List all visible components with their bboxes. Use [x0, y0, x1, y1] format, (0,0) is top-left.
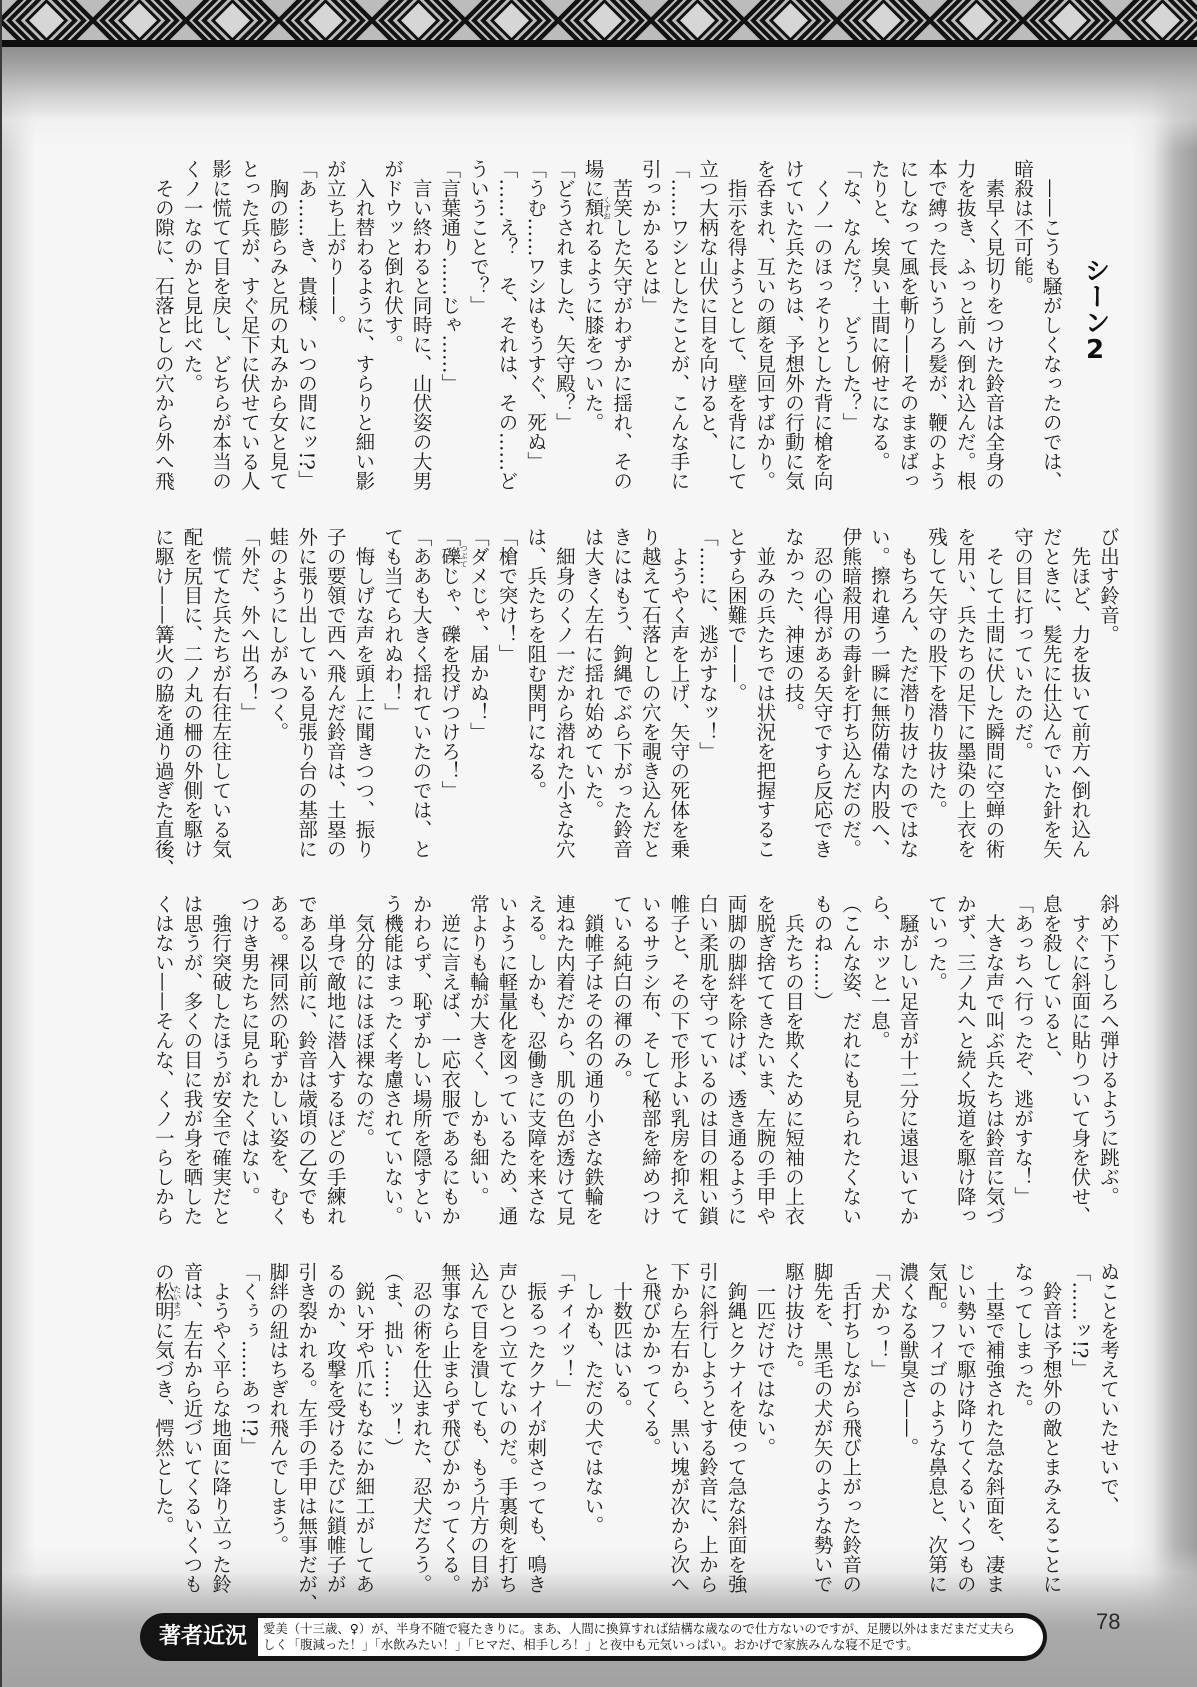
- text-line: 「な、なんだ？ どうした？」: [836, 159, 865, 491]
- text-line: 先ほど、力を抜いて前方へ倒れ込ん: [1065, 527, 1094, 859]
- text-line: かず、三ノ丸へと続く坂道を駆け降っ: [950, 894, 979, 1226]
- text-line: （こんな姿、だれにも見られたくない: [836, 894, 865, 1226]
- text-line: だときに、髪先に仕込んでいた針を矢: [1036, 527, 1065, 859]
- text-line: くノ一のほっそりとした背に槍を向: [807, 159, 836, 491]
- text-line: が立ち上がり——。: [320, 159, 349, 491]
- text-line: 「犬かっ！」: [864, 1262, 893, 1594]
- text-line: 守の目に打っていたのだ。: [1007, 527, 1036, 859]
- text-line: 「くぅぅ……あっ!?」: [234, 1262, 263, 1594]
- text-line: 込んで目を潰しても、もう片方の目が: [463, 1262, 492, 1594]
- text-line: び出す鈴音。: [1093, 527, 1122, 859]
- text-line: なってしまった。: [1007, 1262, 1036, 1594]
- text-line: う機能はまったく考慮されていない。: [377, 894, 406, 1226]
- text-line: える。しかも、忍働きに支障を来さな: [521, 894, 550, 1226]
- text-line: 引き裂かれる。左手の手甲は無事だが、: [291, 1262, 320, 1594]
- text-line: 兵たちの目を欺くために短袖の上衣: [778, 894, 807, 1226]
- text-line: 子の要領で西へ飛んだ鈴音は、土塁の: [320, 527, 349, 859]
- text-line: ——こうも騒がしくなったのでは、: [1036, 159, 1065, 491]
- text-line: 鎖帷子はその名の通り小さな鉄輪を: [578, 894, 607, 1226]
- text-line: 引っかかるとは」: [635, 159, 664, 491]
- text-line: 十数匹はいる。: [606, 1262, 635, 1594]
- text-line: 蛙のようにしがみつく。: [263, 527, 292, 859]
- page-number: 78: [1096, 1609, 1120, 1635]
- text-line: ている純白の褌のみ。: [606, 894, 635, 1226]
- text-line: 慌てた兵たちが右往左往している気: [206, 527, 235, 859]
- text-line: 鈴音は予想外の敵とまみえることに: [1036, 1262, 1065, 1594]
- text-line: 両脚の脚絆を除けば、透き通るように: [721, 894, 750, 1226]
- author-note-line: 愛美（十三歳、♀）が、半身不随で寝たきりに。まあ、人間に換算すれば結構な歳なので…: [263, 1621, 1043, 1637]
- text-line: かわらず、恥ずかしい場所を隠すとい: [406, 894, 435, 1226]
- text-line: がドウッと倒れ伏す。: [377, 159, 406, 491]
- text-line: 「……に、逃がすなッ！」: [692, 527, 721, 859]
- text-line: ようやく声を上げ、矢守の死体を乗: [664, 527, 693, 859]
- text-line: 指示を得ようとして、壁を背にして: [721, 159, 750, 491]
- text-line: 「あ……き、貴様、いつの間にッ!?」: [291, 159, 320, 491]
- text-line: 逆に言えば、一応衣服であるにもか: [435, 894, 464, 1226]
- text-line: 脚絆の紐はちぎれ飛んでしまう。: [263, 1262, 292, 1594]
- text-line: 悔しげな声を頭上に聞きつつ、振り: [349, 527, 378, 859]
- text-line: そして土間に伏した瞬間に空蝉の術: [979, 527, 1008, 859]
- text-line: たりと、埃臭い土間に俯せになる。: [864, 159, 893, 491]
- text-line: 連ねた内着だから、肌の色が透けて見: [549, 894, 578, 1226]
- text-line: 細身のくノ一だから潜れた小さな穴: [549, 527, 578, 859]
- text-line: とった兵が、すぐ足下に伏せている人: [234, 159, 263, 491]
- text-line: じい勢いで駆け降りてくるいくつもの: [950, 1262, 979, 1594]
- text-line: を脱ぎ捨ててきたいま、左腕の手甲や: [750, 894, 779, 1226]
- text-line: ようやく平らな地面に降り立った鈴: [206, 1262, 235, 1594]
- text-line: るのか、攻撃を受けるたびに鎖帷子が: [320, 1262, 349, 1594]
- text-line: 鋭い牙や爪にもなにか細工がしてあ: [349, 1262, 378, 1594]
- text-line: 大きな声で叫ぶ兵たちは鈴音に気づ: [979, 894, 1008, 1226]
- text-line: しかも、ただの犬ではない。: [578, 1262, 607, 1594]
- text-line: 暗殺は不可能。: [1007, 159, 1036, 491]
- text-line: 引に斜行しようとする鈴音に、上から: [692, 1262, 721, 1594]
- text-line: 常よりも輪が大きく、しかも細い。: [463, 894, 492, 1226]
- text-line: ていった。: [922, 894, 951, 1226]
- text-line: 息を殺していると、: [1036, 894, 1065, 1226]
- text-line: （ま、拙い……ッ！）: [377, 1262, 406, 1594]
- text-line: ういうことで？」: [463, 159, 492, 491]
- text-band-3: 斜め下うしろへ弾けるように跳ぶ。 すぐに斜面に貼りついて身を伏せ、 息を殺してい…: [148, 894, 1122, 1226]
- text-line: 「ダメじゃ、届かぬ！」: [463, 527, 492, 859]
- text-line: いるサラシ布、そして秘部を締めつけ: [635, 894, 664, 1226]
- text-line: くはない——そんな、くノ一らしから: [148, 894, 177, 1226]
- ruby-furigana: たいまつ: [173, 1285, 182, 1317]
- text-line: は思うが、多くの目に我が身を晒した: [177, 894, 206, 1226]
- text-line: 脚先を、黒毛の犬が矢のような勢いで: [807, 1262, 836, 1594]
- text-line: 「……え？ そ、それは、その……ど: [492, 159, 521, 491]
- text-line: 騒がしい足音が十二分に遠退いてか: [893, 894, 922, 1226]
- text-line: 外に張り出している見張り台の基部に: [291, 527, 320, 859]
- text-line: 胸の膨らみと尻の丸みから女と見て: [263, 159, 292, 491]
- text-line: にしなって風を斬り——そのままばっ: [893, 159, 922, 491]
- author-note-bar: 著者近況 愛美（十三歳、♀）が、半身不随で寝たきりに。まあ、人間に換算すれば結構…: [140, 1613, 1047, 1661]
- text-line: 並みの兵たちでは状況を把握するこ: [750, 527, 779, 859]
- text-line: 気配。フイゴのような鼻息と、次第に: [922, 1262, 951, 1594]
- text-line: 「うむ……ワシはもうすぐ、死ぬ」: [521, 159, 550, 491]
- text-line: 気分的にはほぼ裸なのだ。: [349, 894, 378, 1226]
- text-line: なかった、神速の技。: [778, 527, 807, 859]
- text-line: り越えて石落としの穴を覗き込んだと: [635, 527, 664, 859]
- ruby-furigana: つぶて: [459, 544, 468, 568]
- text-line: くノ一なのかと見比べた。: [177, 159, 206, 491]
- text-line: い。擦れ違う一瞬に無防備な内股へ、: [864, 527, 893, 859]
- text-line: ても当てられぬわ！」: [377, 527, 406, 859]
- text-line: 素早く見切りをつけた鈴音は全身の: [979, 159, 1008, 491]
- text-line: 「外だ、外へ出ろ！」: [234, 527, 263, 859]
- text-line: と飛びかかってくる。: [635, 1262, 664, 1594]
- text-line: 一匹だけではない。: [750, 1262, 779, 1594]
- text-line: 「……ッ!?」: [1065, 1262, 1094, 1594]
- text-line: 伊熊暗殺用の毒針を打ち込んだのだ。: [836, 527, 865, 859]
- text-line: ものね……）: [807, 894, 836, 1226]
- text-line: 下から左右から、黒い塊が次から次へ: [664, 1262, 693, 1594]
- author-note-line: しく「腹減った！」「水飲みたい！」「ヒマだ、相手しろ！」と夜中も元気いっぱい。お…: [263, 1637, 1043, 1653]
- text-line: 帷子と、その下で形よい乳房を抑えて: [664, 894, 693, 1226]
- text-line: を用い、兵たちの足下に墨染の上衣を: [950, 527, 979, 859]
- text-line: 配を尻目に、二ノ丸の柵の外側を駆け: [177, 527, 206, 859]
- ruby-furigana: くずお: [603, 196, 612, 220]
- text-line: 単身で敵地に潜入するほどの手練れ: [320, 894, 349, 1226]
- text-line: 入れ替わるように、すらりと細い影: [349, 159, 378, 491]
- text-line: に駆け——篝火の脇を通り過ぎた直後、: [148, 527, 177, 859]
- left-edge-rule: [0, 0, 2, 1687]
- text-line: 「ああも大きく揺れていたのでは、と: [406, 527, 435, 859]
- text-line: 「槍で突け！」: [492, 527, 521, 859]
- text-line: 斜め下うしろへ弾けるように跳ぶ。: [1093, 894, 1122, 1226]
- text-line: 「チィイッ！」: [549, 1262, 578, 1594]
- text-line: けていた兵たちは、予想外の行動に気: [778, 159, 807, 491]
- text-line: 影に慌てて目を戻し、どちらが本当の: [205, 159, 234, 491]
- author-note-label: 著者近況: [159, 1613, 247, 1661]
- text-line: 振るったクナイが刺さっても、鳴き: [521, 1262, 550, 1594]
- text-line: 「……ワシとしたことが、こんな手に: [664, 159, 693, 491]
- text-line: である以前に、鈴音は歳頃の乙女でも: [291, 894, 320, 1226]
- text-line: 残して矢守の股下を潜り抜けた。: [922, 527, 951, 859]
- text-line: 立つ大柄な山伏に目を向けると、: [692, 159, 721, 491]
- text-line: 舌打ちしながら飛び上がった鈴音の: [836, 1262, 865, 1594]
- text-line: 力を抜き、ふっと前へ倒れ込んだ。根: [950, 159, 979, 491]
- text-line: その隙に、石落としの穴から外へ飛: [148, 159, 177, 491]
- text-band-1: ——こうも騒がしくなったのでは、 暗殺は不可能。 素早く見切りをつけた鈴音は全身…: [148, 159, 1122, 491]
- text-line: 駆け抜けた。: [778, 1262, 807, 1594]
- text-line: きにはもう、鉤縄でぶら下がった鈴音: [606, 527, 635, 859]
- text-line: 言い終わると同時に、山伏姿の大男: [406, 159, 435, 491]
- text-line: ある。裸同然の恥ずかしい姿を、むく: [263, 894, 292, 1226]
- text-band-2: び出す鈴音。 先ほど、力を抜いて前方へ倒れ込ん だときに、髪先に仕込んでいた針を…: [148, 527, 1122, 859]
- text-line: もちろん、ただ潜り抜けたのではな: [893, 527, 922, 859]
- text-line: 無事なら止まらず飛びかかってくる。: [435, 1262, 464, 1594]
- text-line: とすら困難で——。: [721, 527, 750, 859]
- book-page: シーン2 ——こうも騒がしくなったのでは、 暗殺は不可能。 素早く見切りをつけた…: [0, 0, 1197, 1687]
- text-line: 「あっちへ行ったぞ、逃がすな！」: [1007, 894, 1036, 1226]
- text-line: 「礫じゃ、礫を投げつけろ！」: [435, 527, 464, 859]
- author-note-box: 愛美（十三歳、♀）が、半身不随で寝たきりに。まあ、人間に換算すれば結構な歳なので…: [258, 1618, 1043, 1656]
- text-line: は大きく左右に揺れ始めていた。: [578, 527, 607, 859]
- text-line: 声ひとつ立てないのだ。手裏剣を打ち: [492, 1262, 521, 1594]
- text-line: を呑まれ、互いの顔を見回すばかり。: [750, 159, 779, 491]
- text-line: は、兵たちを阻む関門になる。: [521, 527, 550, 859]
- text-line: つけき男たちに見られたくはない。: [234, 894, 263, 1226]
- text-line: ら、ホッと一息。: [864, 894, 893, 1226]
- text-line: 強行突破したほうが安全で確実だと: [206, 894, 235, 1226]
- text-band-4: ぬことを考えていたせいで、 「……ッ!?」 鈴音は予想外の敵とまみえることに な…: [148, 1262, 1122, 1594]
- text-line: いように軽量化を図っているため、通: [492, 894, 521, 1226]
- text-line: 本で縛った長いうしろ髪が、鞭のよう: [922, 159, 951, 491]
- text-line: 「言葉通り……じゃ……」: [435, 159, 464, 491]
- text-line: 濃くなる獣臭さ——。: [893, 1262, 922, 1594]
- text-line: 「どうされました、矢守殿？」: [549, 159, 578, 491]
- lattice-border-decoration: [0, 0, 1197, 47]
- text-line: 土塁で補強された急な斜面を、凄ま: [979, 1262, 1008, 1594]
- text-line: すぐに斜面に貼りついて身を伏せ、: [1065, 894, 1094, 1226]
- text-line: 忍の心得がある矢守ですら反応でき: [807, 527, 836, 859]
- text-line: 忍の術を仕込まれた、忍犬だろう。: [406, 1262, 435, 1594]
- text-line: 白い柔肌を守っているのは目の粗い鎖: [692, 894, 721, 1226]
- text-line: 鉤縄とクナイを使って急な斜面を強: [721, 1262, 750, 1594]
- text-line: ぬことを考えていたせいで、: [1093, 1262, 1122, 1594]
